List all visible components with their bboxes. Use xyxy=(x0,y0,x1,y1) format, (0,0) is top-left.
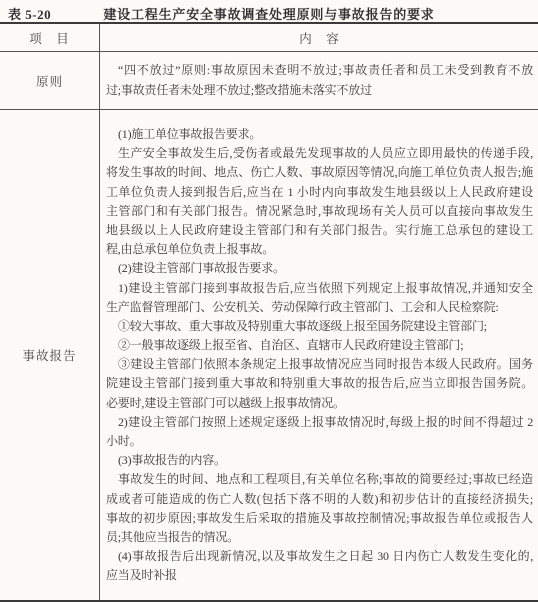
text-line: 工单位负责人接到报告后,应当在 1 小时内向事故发生地县级以上人民政府建设 xyxy=(106,183,533,202)
text-line: 过;事故责任者未处理不放过;整改措施未落实不放过 xyxy=(106,81,533,100)
text-line: 程,由总承包单位负责上报事故。 xyxy=(106,240,533,259)
text-line: 院建设主管部门接到重大事故和特别重大事故的报告后,应当立即报告国务院。 xyxy=(106,374,533,393)
text-line: “四不放过”原则:事故原因未查明不放过;事故责任者和员工未受到教育不放 xyxy=(106,61,533,80)
text-line: ③建设主管部门依照本条规定上报事故情况应当同时报告本级人民政府。国务 xyxy=(106,355,533,374)
table-row-principle: 原则 “四不放过”原则:事故原因未查明不放过;事故责任者和员工未受到教育不放 过… xyxy=(0,52,538,110)
table-row-accident-report: 事故报告 (1)施工单位事故报告要求。 生产安全事故发生后,受伤者或最先发现事故… xyxy=(0,110,538,600)
principle-row-content: “四不放过”原则:事故原因未查明不放过;事故责任者和员工未受到教育不放 过;事故… xyxy=(100,52,538,109)
text-line: 地县级以上人民政府建设主管部门和有关部门报告。实行施工总承包的建设工 xyxy=(106,221,533,240)
text-line: 2)建设主管部门按照上述规定逐级上报事故情况时,每级上报的时间不得超过 2 xyxy=(106,413,533,432)
text-line: 1)建设主管部门接到事故报告后,应当依照下列规定上报事故情况,并通知安全 xyxy=(106,279,533,298)
text-line: (4)事故报告后出现新情况,以及事故发生之日起 30 日内伤亡人数发生变化的, xyxy=(106,547,533,566)
table-header-row: 项 目 内 容 xyxy=(0,24,538,52)
text-line: ①较大事故、重大事故及特别重大事故逐级上报至国务院建设主管部门; xyxy=(106,317,533,336)
text-line: (3)事故报告的内容。 xyxy=(106,451,533,470)
text-line: 员;其他应当报告的情况。 xyxy=(106,528,533,547)
text-line: 必要时,建设主管部门可以越级上报事故情况。 xyxy=(106,394,533,413)
report-row-content: (1)施工单位事故报告要求。 生产安全事故发生后,受伤者或最先发现事故的人员应立… xyxy=(100,110,538,600)
header-cell-content: 内 容 xyxy=(100,24,538,51)
text-line: 成或者可能造成的伤亡人数(包括下落不明的人数)和初步估计的直接经济损失; xyxy=(106,490,533,509)
data-table: 项 目 内 容 原则 “四不放过”原则:事故原因未查明不放过;事故责任者和员工未… xyxy=(0,22,538,602)
text-line: ②一般事故逐级上报至省、自治区、直辖市人民政府建设主管部门; xyxy=(106,336,533,355)
text-line: 将发生事故的时间、地点、伤亡人数、事故原因等情况,向施工单位负责人报告;施 xyxy=(106,163,533,182)
document-page: 表 5-20 建设工程生产安全事故调查处理原则与事故报告的要求 项 目 内 容 … xyxy=(0,0,538,602)
header-cell-item: 项 目 xyxy=(0,24,100,51)
text-line: (1)施工单位事故报告要求。 xyxy=(106,125,533,144)
text-line: 生产监督管理部门、公安机关、劳动保障行政主管部门、工会和人民检察院: xyxy=(106,298,533,317)
text-line: 应当及时补报 xyxy=(106,566,533,585)
text-line: 事故的初步原因;事故发生后采取的措施及事故控制情况;事故报告单位或报告人 xyxy=(106,509,533,528)
principle-row-label: 原则 xyxy=(0,52,100,109)
report-row-label: 事故报告 xyxy=(0,110,100,600)
text-line: 事故发生的时间、地点和工程项目,有关单位名称;事故的简要经过;事故已经造 xyxy=(106,470,533,489)
text-line: (2)建设主管部门事故报告要求。 xyxy=(106,259,533,278)
table-title: 建设工程生产安全事故调查处理原则与事故报告的要求 xyxy=(0,0,538,23)
table-caption: 表 5-20 建设工程生产安全事故调查处理原则与事故报告的要求 xyxy=(0,0,538,22)
text-line: 生产安全事故发生后,受伤者或最先发现事故的人员应立即用最快的传递手段, xyxy=(106,144,533,163)
table-number-label: 表 5-20 xyxy=(8,4,51,23)
text-line: 主管部门和有关部门报告。情况紧急时,事故现场有关人员可以直接向事故发生 xyxy=(106,202,533,221)
text-line: 小时。 xyxy=(106,432,533,451)
